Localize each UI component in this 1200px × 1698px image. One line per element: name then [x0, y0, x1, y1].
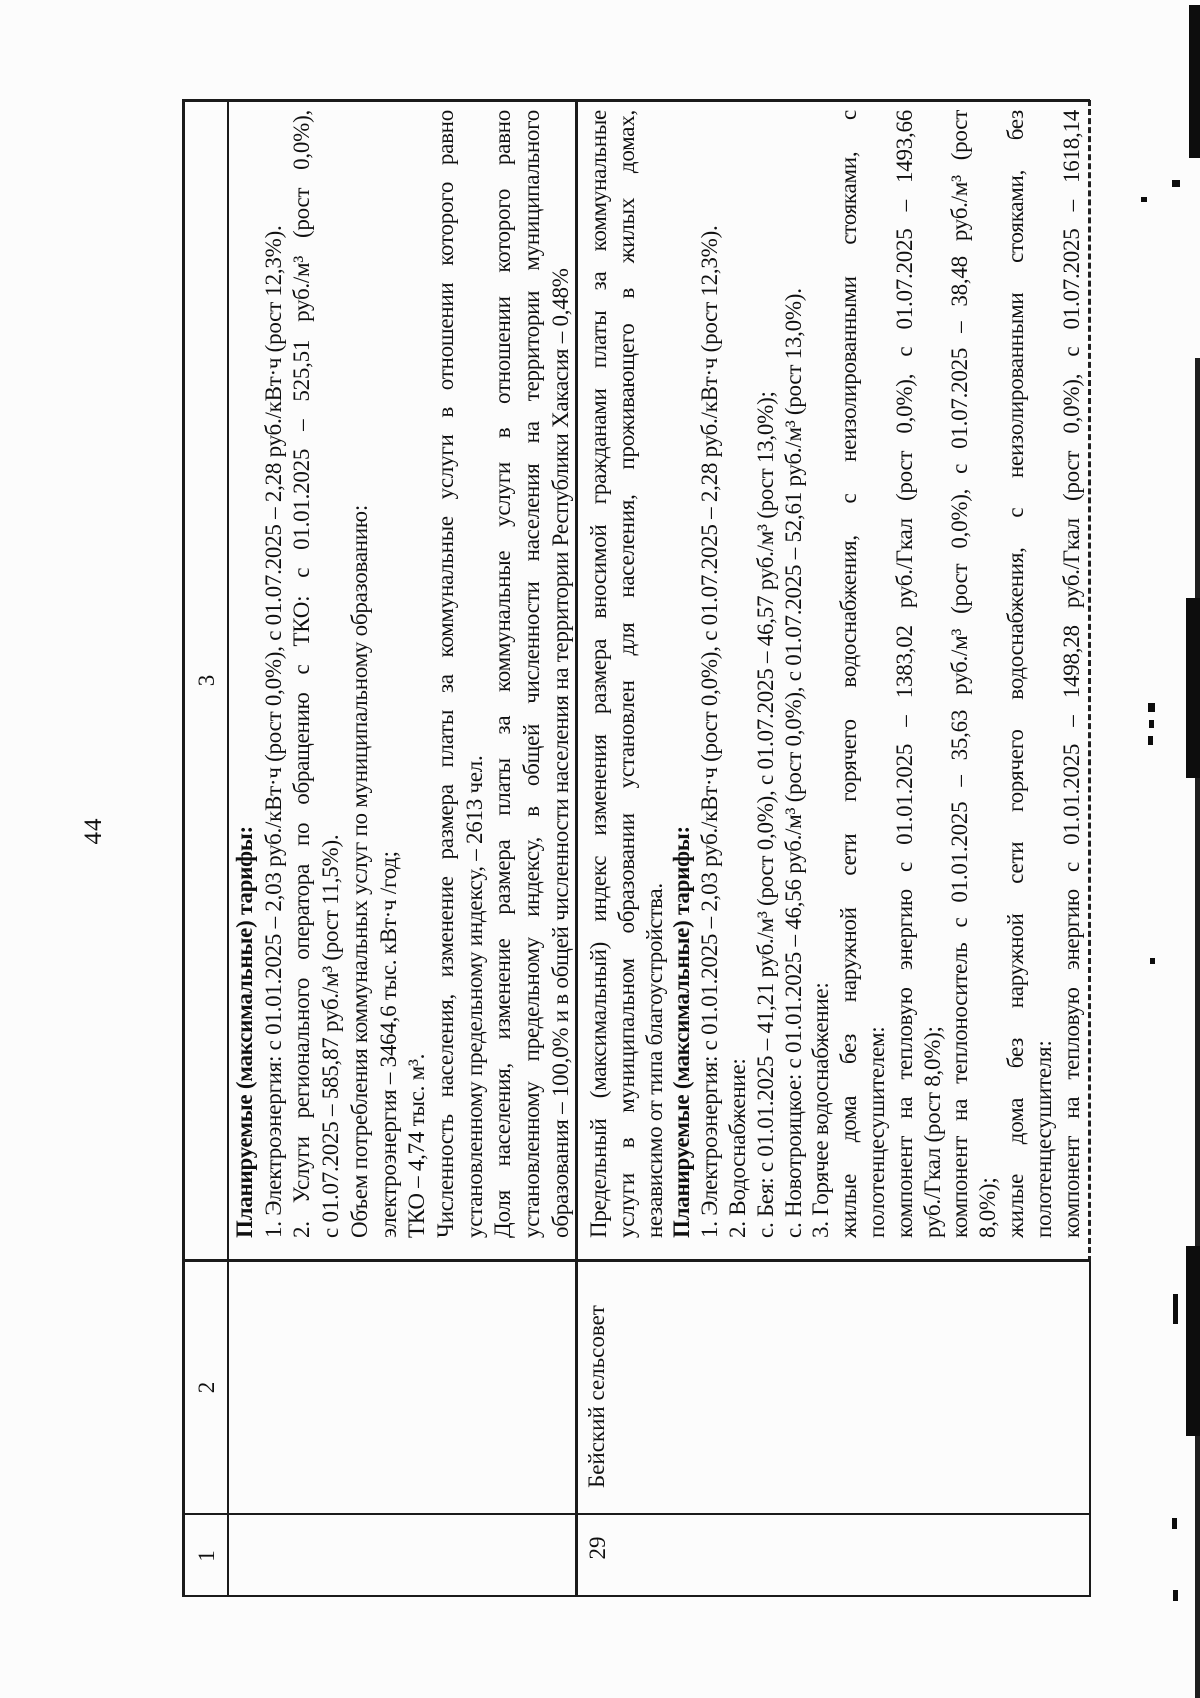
text-line: независимо от типа благоустройства.: [641, 110, 669, 1238]
text-line: ТКО – 4,74 тыс. м³.: [403, 110, 432, 1238]
text-line: 1. Электроэнергия: с 01.01.2025 – 2,03 р…: [260, 110, 289, 1238]
text-line: компонент на тепловую энергию с 01.01.20…: [1058, 110, 1086, 1238]
text-line: Доля населения, изменение размера платы …: [489, 110, 518, 1238]
scan-artifact: [1150, 958, 1155, 964]
scan-artifact: [1141, 197, 1147, 202]
text-line: Предельный (максимальный) индекс изменен…: [585, 110, 613, 1238]
scan-artifact: [1172, 180, 1180, 187]
text-line: Численность населения, изменение размера…: [432, 110, 461, 1238]
scanned-document: 44 1 2 3 Планируемые (максимальные) тари…: [0, 0, 1200, 1698]
table-border-right: [182, 99, 1090, 102]
text-line: руб./Гкал (рост 8,0%);: [919, 110, 947, 1238]
scan-artifact: [1148, 736, 1153, 745]
scan-artifact: [1149, 720, 1154, 728]
scan-artifact: [1173, 1590, 1178, 1601]
text-line: с. Новотроицкое: с 01.01.2025 – 46,56 ру…: [780, 110, 808, 1238]
text-line: электроэнергия – 3464,6 тыс. кВт·ч /год;: [375, 110, 404, 1238]
table-border-header: [227, 99, 229, 1597]
table-border-pagecut-left: [1089, 1261, 1091, 1597]
document-page: 44 1 2 3 Планируемые (максимальные) тари…: [0, 0, 1200, 1698]
table-border-col2: [182, 1259, 1090, 1262]
scan-artifact: [1186, 1246, 1200, 1436]
text-line: полотенцесушителя:: [1030, 110, 1058, 1238]
text-line: жилые дома без наружной сети горячего во…: [1002, 110, 1030, 1238]
text-line: образования – 100,0% и в общей численнос…: [547, 110, 576, 1238]
table-cell-text: Предельный (максимальный) индекс изменен…: [585, 110, 1085, 1238]
text-line: жилые дома без наружной сети горячего во…: [835, 110, 863, 1238]
column-header-2: 2: [186, 1262, 227, 1513]
text-line: компонент на теплоноситель с 01.01.2025 …: [946, 110, 974, 1238]
page-number: 44: [80, 0, 108, 1698]
text-line: с. Бея: с 01.01.2025 – 41,21 руб./м³ (ро…: [752, 110, 780, 1238]
text-line: услуги в муниципальном образовании устан…: [613, 110, 641, 1238]
scan-artifact: [1173, 1294, 1178, 1324]
table-border-pagecut: [1088, 100, 1091, 1262]
table-border-col1: [182, 1513, 1090, 1515]
text-line: 1. Электроэнергия: с 01.01.2025 – 2,03 р…: [696, 110, 724, 1238]
scan-artifact: [1148, 703, 1155, 712]
table-cell-row-number: 29: [585, 1515, 611, 1597]
text-line: полотенцесушителем:: [863, 110, 891, 1238]
scan-artifact: [1189, 5, 1200, 158]
text-line: Планируемые (максимальные) тарифы:: [231, 110, 260, 1238]
text-line: 3. Горячее водоснабжение:: [807, 110, 835, 1238]
text-line: установленному предельному индексу, – 26…: [461, 110, 490, 1238]
table-border-row: [575, 99, 578, 1597]
text-line: 8,0%);: [974, 110, 1002, 1238]
column-header-3: 3: [186, 102, 227, 1259]
text-line: 2. Услуги регионального оператора по обр…: [288, 110, 317, 1238]
scan-artifact: [1195, 358, 1200, 1698]
column-header-1: 1: [186, 1515, 227, 1597]
table-border-top: [182, 99, 185, 1597]
table-cell-municipality: Бейский сельсовет: [584, 1305, 610, 1488]
table-cell-text: Планируемые (максимальные) тарифы:1. Эле…: [231, 110, 575, 1238]
table-border-left: [182, 1595, 1090, 1597]
text-line: Планируемые (максимальные) тарифы:: [668, 110, 696, 1238]
text-line: Объем потребления коммунальных услуг по …: [346, 110, 375, 1238]
text-line: 2. Водоснабжение:: [724, 110, 752, 1238]
text-line: с 01.07.2025 – 585,87 руб./м³ (рост 11,5…: [317, 110, 346, 1238]
scan-artifact: [1172, 1518, 1177, 1529]
scan-artifact: [1186, 598, 1200, 778]
text-line: установленному предельному индексу, в об…: [518, 110, 547, 1238]
text-line: компонент на тепловую энергию с 01.01.20…: [891, 110, 919, 1238]
